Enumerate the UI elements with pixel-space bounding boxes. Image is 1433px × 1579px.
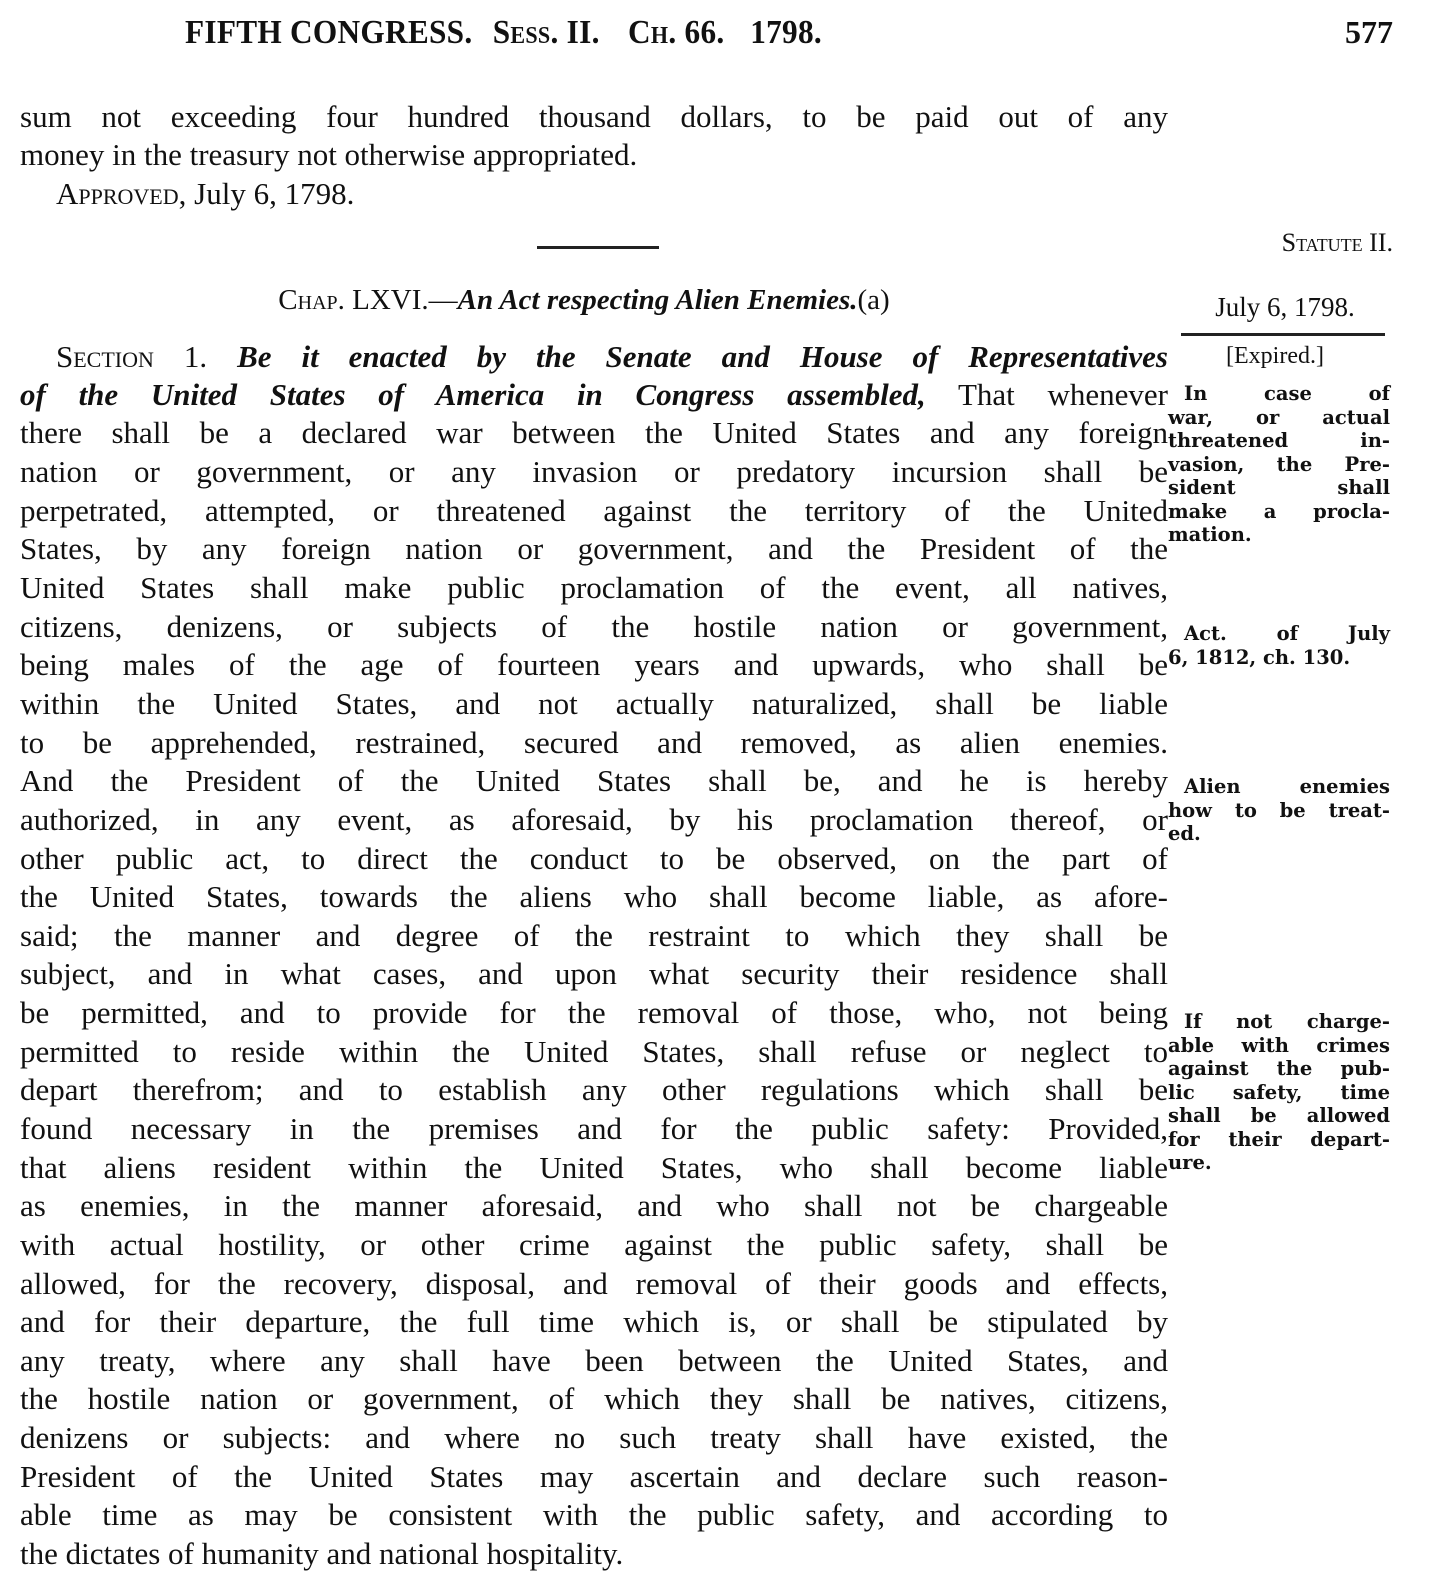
margin-note-departure-time: If not charge- able with crimes against … [1168,1010,1390,1175]
note-line: able with crimes [1168,1034,1390,1058]
text-line: the hostile nation or government, of whi… [20,1380,1168,1418]
text-line: other public act, to direct the conduct … [20,840,1168,878]
text-line: United States shall make public proclama… [20,569,1168,607]
note-line: In case of [1168,382,1390,406]
text-line: to be apprehended, restrained, secured a… [20,724,1168,762]
text-line: any treaty, where any shall have been be… [20,1342,1168,1380]
text-line: depart therefrom; and to establish any o… [20,1071,1168,1109]
margin-divider [1181,333,1385,336]
note-line: shall be allowed [1168,1104,1390,1128]
statute-label: Statute II. [1282,228,1393,258]
session-label: Sess. II. [493,14,600,51]
note-line: Act. of July [1168,622,1390,646]
text-line: denizens or subjects: and where no such … [20,1419,1168,1457]
statute-date: July 6, 1798. [1185,292,1385,323]
text-line: and for their departure, the full time w… [20,1303,1168,1341]
chapter-number: Chap. LXVI.— [278,284,457,316]
section-first-line: Section 1. Be it enacted by the Senate a… [20,338,1168,376]
text-line: as enemies, in the manner aforesaid, and… [20,1187,1168,1225]
text-line: with actual hostility, or other crime ag… [20,1226,1168,1264]
note-line: ure. [1168,1151,1390,1175]
text-line: the dictates of humanity and national ho… [20,1535,1168,1573]
text-line: found necessary in the premises and for … [20,1110,1168,1148]
text-line: States, by any foreign nation or governm… [20,530,1168,568]
text-line: the United States, towards the aliens wh… [20,878,1168,916]
note-line: threatened in- [1168,429,1390,453]
approved-label: Approved, [56,176,186,211]
text-line: said; the manner and degree of the restr… [20,917,1168,955]
congress-title: FIFTH CONGRESS. [185,14,472,51]
text-line: President of the United States may ascer… [20,1458,1168,1496]
text-line: subject, and in what cases, and upon wha… [20,955,1168,993]
running-header: FIFTH CONGRESS.Sess. II. Ch. 66.1798. [185,14,822,52]
year-label: 1798. [750,14,822,51]
text-line: And the President of the United States s… [20,762,1168,800]
section-label: Section 1. [56,339,207,374]
note-line: war, or actual [1168,406,1390,430]
approval-line: Approved, July 6, 1798. [20,175,1168,213]
note-line: how to be treat- [1168,799,1390,823]
chapter-label: Ch. 66. [628,14,724,51]
text-line: being males of the age of fourteen years… [20,646,1168,684]
text-line: authorized, in any event, as aforesaid, … [20,801,1168,839]
section-second-line: of the United States of America in Congr… [20,376,1168,414]
text-line: money in the treasury not otherwise appr… [20,136,1168,174]
note-line: against the pub- [1168,1057,1390,1081]
margin-note-proclamation: In case of war, or actual threatened in-… [1168,382,1390,547]
text-segment: That whenever [958,377,1168,412]
text-line: allowed, for the recovery, disposal, and… [20,1265,1168,1303]
text-line: sum not exceeding four hundred thousand … [20,98,1168,136]
note-line: Alien enemies [1168,775,1390,799]
page-number: 577 [1345,14,1393,51]
text-line: able time as may be consistent with the … [20,1496,1168,1534]
note-line: 6, 1812, ch. 130. [1168,646,1390,670]
statute-page: FIFTH CONGRESS.Sess. II. Ch. 66.1798. 57… [0,0,1433,1579]
note-line: mation. [1168,523,1390,547]
note-line: make a procla- [1168,500,1390,524]
text-line: be permitted, and to provide for the rem… [20,994,1168,1032]
note-line: vasion, the Pre- [1168,453,1390,477]
chapter-title: An Act respecting Alien Enemies. [458,284,858,316]
footnote-ref: (a) [858,284,890,316]
section-divider [537,246,659,249]
note-line: lic safety, time [1168,1081,1390,1105]
text-line: that aliens resident within the United S… [20,1149,1168,1187]
text-line: perpetrated, attempted, or threatened ag… [20,492,1168,530]
note-line: ed. [1168,822,1390,846]
note-line: If not charge- [1168,1010,1390,1034]
chapter-heading: Chap. LXVI.—An Act respecting Alien Enem… [0,284,1168,317]
margin-note-act-reference: Act. of July 6, 1812, ch. 130. [1168,622,1390,669]
text-line: there shall be a declared war between th… [20,414,1168,452]
enacting-clause: Be it enacted by the Senate and House of… [237,339,1168,374]
enacting-clause-cont: of the United States of America in Congr… [20,377,926,412]
text-line: within the United States, and not actual… [20,685,1168,723]
approved-date: July 6, 1798. [194,176,354,211]
margin-note-alien-treatment: Alien enemies how to be treat- ed. [1168,775,1390,846]
text-line: nation or government, or any invasion or… [20,453,1168,491]
text-line: permitted to reside within the United St… [20,1033,1168,1071]
note-line: sident shall [1168,476,1390,500]
note-line: for their depart- [1168,1128,1390,1152]
expired-label: [Expired.] [1185,343,1365,370]
text-line: citizens, denizens, or subjects of the h… [20,608,1168,646]
